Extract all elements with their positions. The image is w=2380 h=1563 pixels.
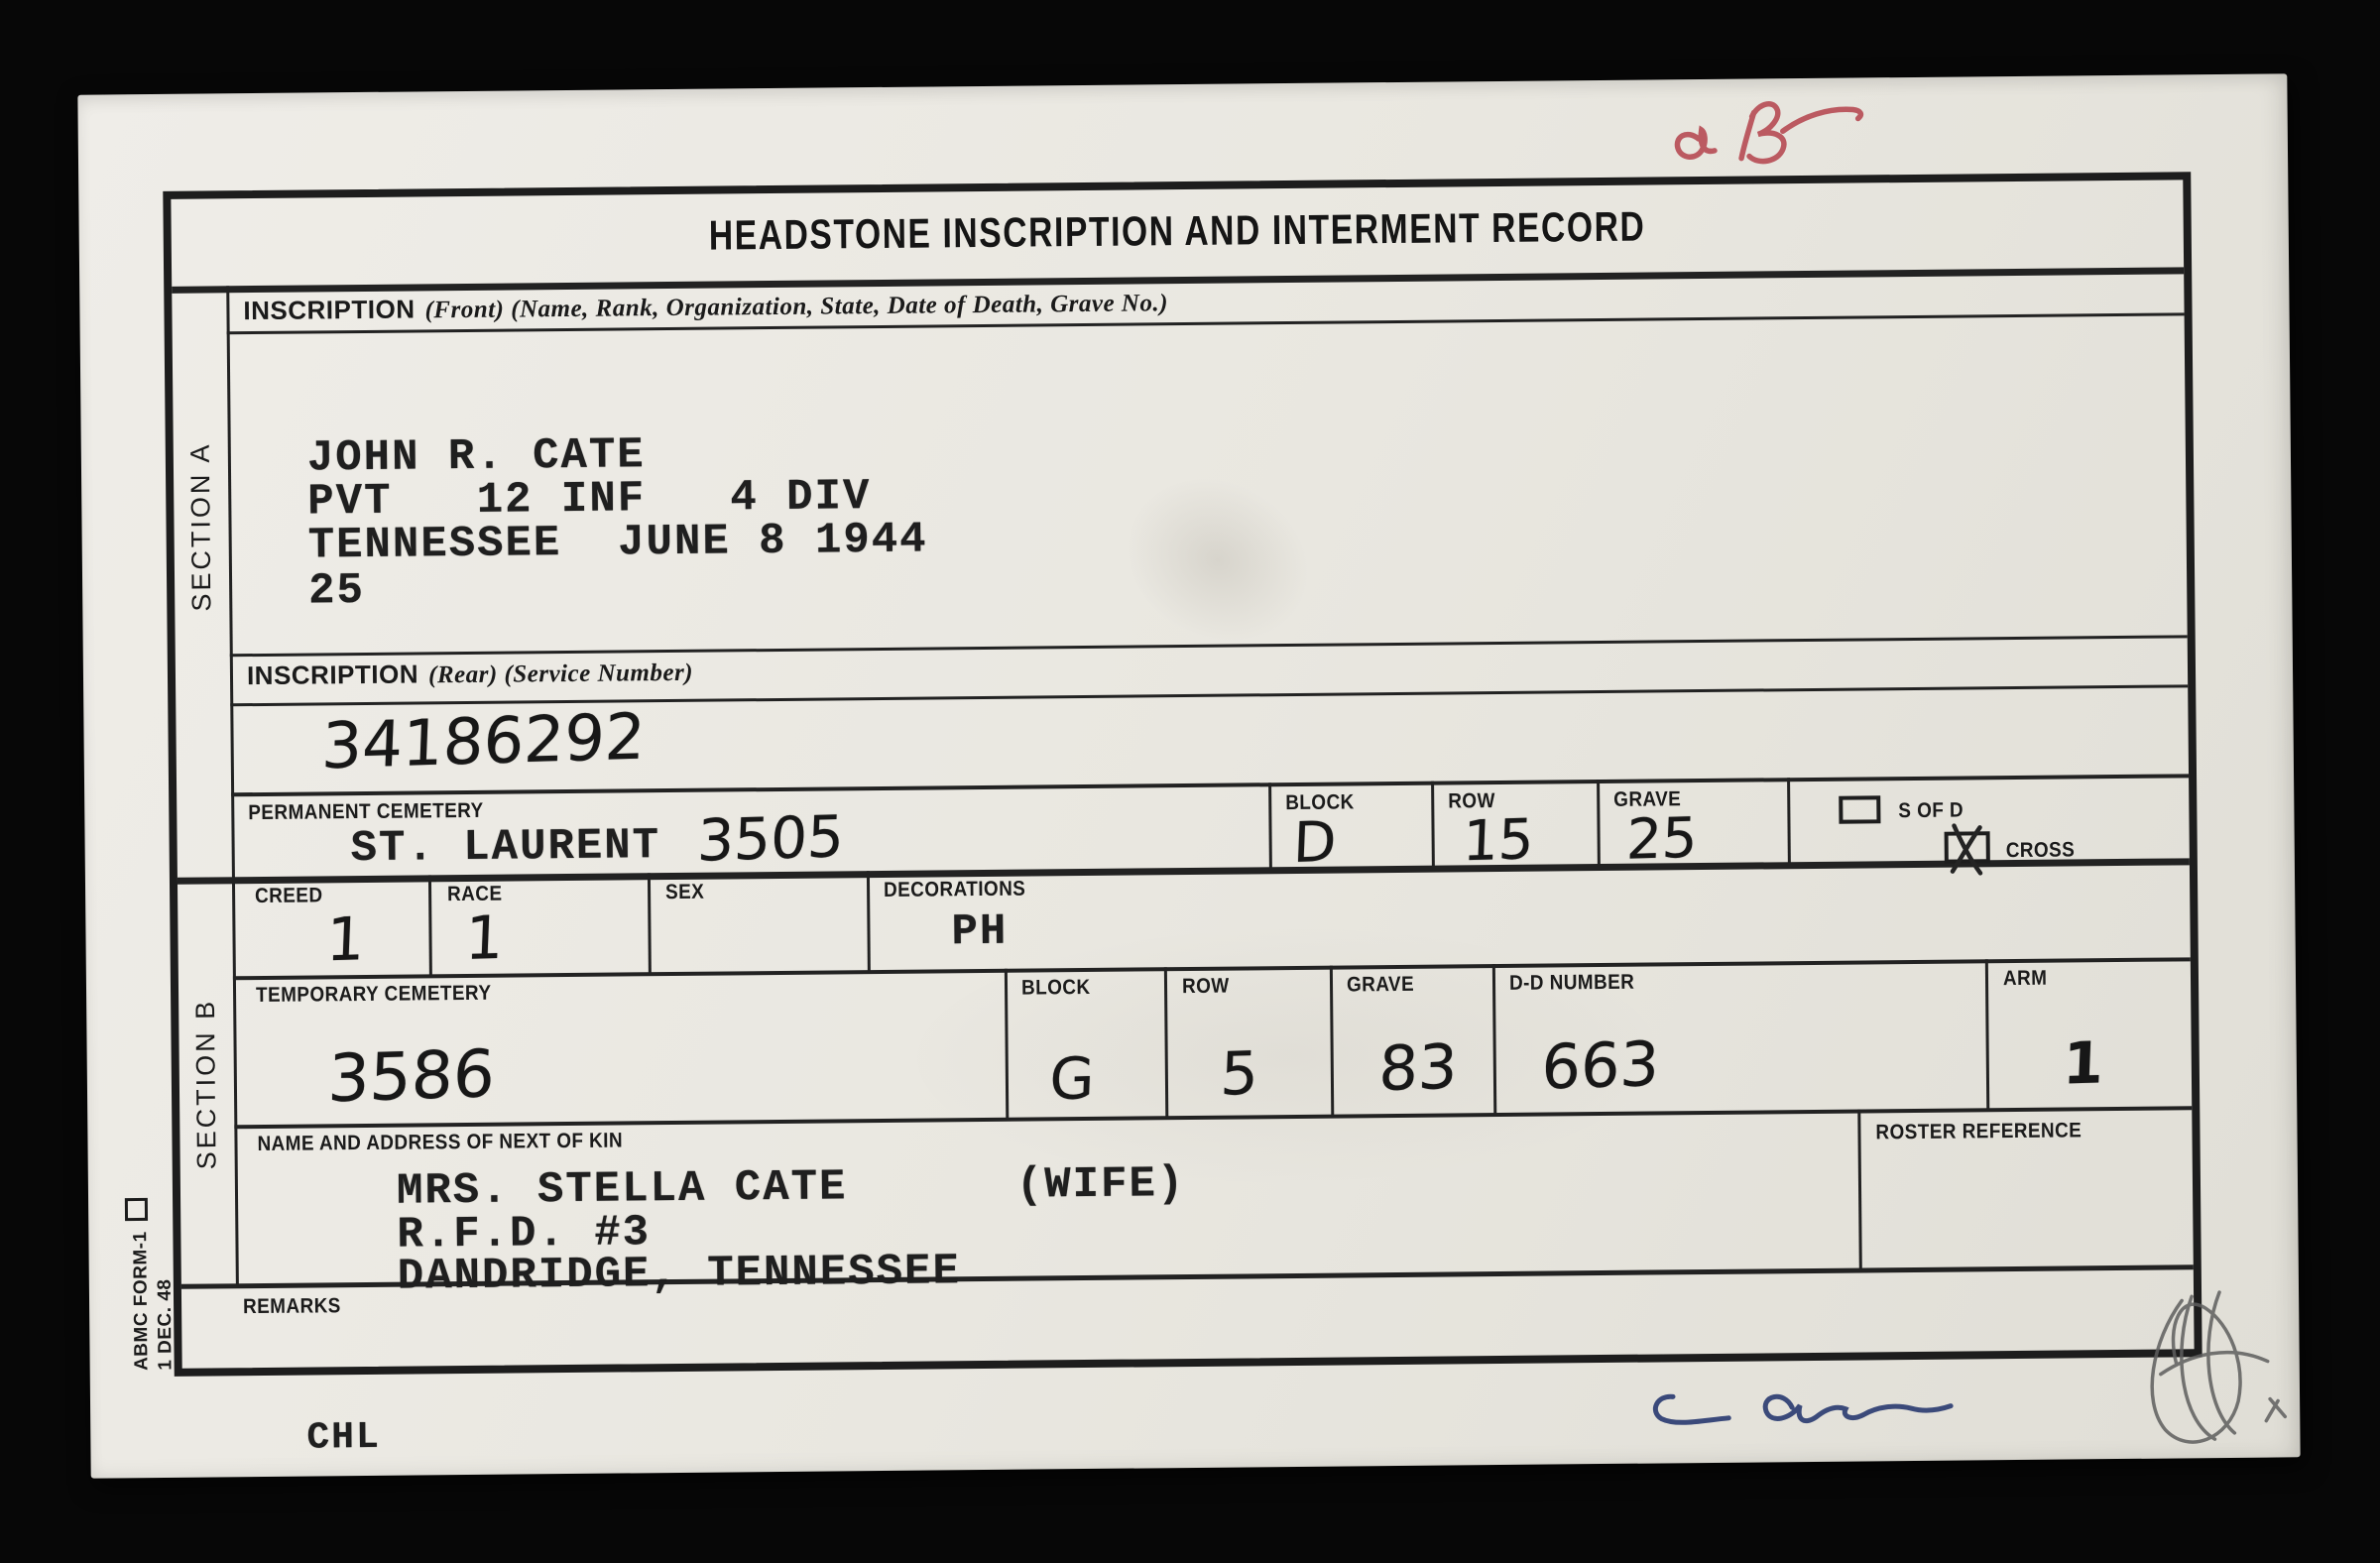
section-a-strip: SECTION A bbox=[173, 357, 230, 695]
inscription-rear-label: INSCRIPTION(Rear) (Service Number) bbox=[247, 657, 693, 691]
arm-label: ARM bbox=[2003, 967, 2048, 991]
roster-reference-label: ROSTER REFERENCE bbox=[1875, 1119, 2082, 1144]
form-title-row: HEADSTONE INSCRIPTION AND INTERMENT RECO… bbox=[172, 197, 2184, 264]
rule-temp-row-left bbox=[1164, 967, 1168, 1119]
cross-label: CROSS bbox=[2006, 838, 2076, 863]
creed-value: 1 bbox=[325, 904, 366, 975]
creed-label: CREED bbox=[255, 884, 323, 908]
rule-under-title bbox=[172, 267, 2184, 293]
remarks-label: REMARKS bbox=[243, 1294, 341, 1319]
temp-grave-value: 83 bbox=[1377, 1030, 1459, 1105]
temp-block-value: G bbox=[1048, 1044, 1096, 1113]
rule-perm-row-left bbox=[1431, 781, 1435, 869]
rule-temp-grave-left bbox=[1330, 966, 1334, 1118]
race-value: 1 bbox=[464, 903, 505, 974]
perm-row-value: 15 bbox=[1462, 807, 1535, 874]
form-footnote-checkbox bbox=[125, 1198, 148, 1221]
temp-row-label: ROW bbox=[1182, 975, 1230, 999]
section-b-strip: SECTION B bbox=[178, 883, 236, 1284]
dd-number-label: D-D NUMBER bbox=[1509, 971, 1635, 996]
section-b-label: SECTION B bbox=[190, 998, 223, 1169]
permanent-cemetery-name: ST. LAURENT bbox=[350, 821, 660, 876]
decorations-value: PH bbox=[951, 907, 1008, 959]
rule-checkbox-cell-left bbox=[1787, 778, 1791, 865]
inscription-front-line4: 25 bbox=[308, 566, 365, 618]
blue-ink-scribble bbox=[1637, 1364, 1985, 1446]
typed-code-annotation: CHL bbox=[306, 1416, 381, 1462]
rule-temp-block-left bbox=[1005, 969, 1009, 1121]
form-title: HEADSTONE INSCRIPTION AND INTERMENT RECO… bbox=[709, 203, 1646, 260]
form-footnote: ABMC FORM-1 1 DEC. 48 bbox=[116, 1160, 187, 1409]
dd-number-value: 663 bbox=[1540, 1027, 1660, 1104]
next-of-kin-line3: DANDRIDGE, TENNESSEE bbox=[398, 1247, 962, 1303]
arm-value: 1 bbox=[2062, 1028, 2104, 1097]
rule-race-left bbox=[428, 875, 432, 977]
rule-perm-block-left bbox=[1268, 782, 1272, 870]
decorations-label: DECORATIONS bbox=[884, 878, 1025, 902]
form-footnote-line1: ABMC FORM-1 bbox=[130, 1231, 152, 1371]
rule-arm-left bbox=[1985, 959, 1989, 1111]
rule-dd-number-left bbox=[1492, 964, 1496, 1116]
permanent-cemetery-label: PERMANENT CEMETERY bbox=[248, 799, 484, 825]
temp-block-label: BLOCK bbox=[1021, 976, 1091, 1001]
rule-sex-left bbox=[648, 873, 652, 975]
s-of-d-label: S OF D bbox=[1898, 799, 1963, 824]
cross-x-mark bbox=[1942, 821, 1992, 877]
temporary-cemetery-label: TEMPORARY CEMETERY bbox=[256, 982, 492, 1008]
inscription-front-label: INSCRIPTION(Front) (Name, Rank, Organiza… bbox=[243, 287, 1168, 326]
red-pencil-annotation-handwriting bbox=[1664, 85, 1903, 181]
perm-grave-value: 25 bbox=[1625, 806, 1699, 873]
inscription-front-line3: TENNESSEE JUNE 8 1944 bbox=[307, 516, 927, 573]
s-of-d-checkbox bbox=[1839, 795, 1880, 823]
permanent-cemetery-number: 3505 bbox=[696, 802, 845, 875]
rule-decorations-left bbox=[867, 871, 871, 973]
temp-row-value: 5 bbox=[1219, 1039, 1259, 1110]
pencil-scribble bbox=[2120, 1281, 2296, 1454]
rule-roster-left bbox=[1857, 1110, 1862, 1271]
perm-block-value: D bbox=[1292, 810, 1338, 876]
sex-label: SEX bbox=[665, 881, 704, 904]
service-number-value: 34186292 bbox=[320, 700, 647, 783]
record-card-paper: HEADSTONE INSCRIPTION AND INTERMENT RECO… bbox=[77, 73, 2300, 1478]
next-of-kin-label: NAME AND ADDRESS OF NEXT OF KIN bbox=[257, 1129, 623, 1156]
temp-grave-label: GRAVE bbox=[1347, 973, 1414, 998]
temporary-cemetery-value: 3586 bbox=[326, 1035, 496, 1117]
form-border: HEADSTONE INSCRIPTION AND INTERMENT RECO… bbox=[163, 172, 2201, 1377]
scanned-document-photo: { "form": { "title": "HEADSTONE INSCRIPT… bbox=[0, 0, 2380, 1563]
section-a-label: SECTION A bbox=[185, 441, 218, 611]
rule-above-rear-label bbox=[230, 635, 2188, 657]
form-footnote-line2: 1 DEC. 48 bbox=[153, 1198, 178, 1371]
rule-perm-grave-left bbox=[1597, 780, 1601, 867]
